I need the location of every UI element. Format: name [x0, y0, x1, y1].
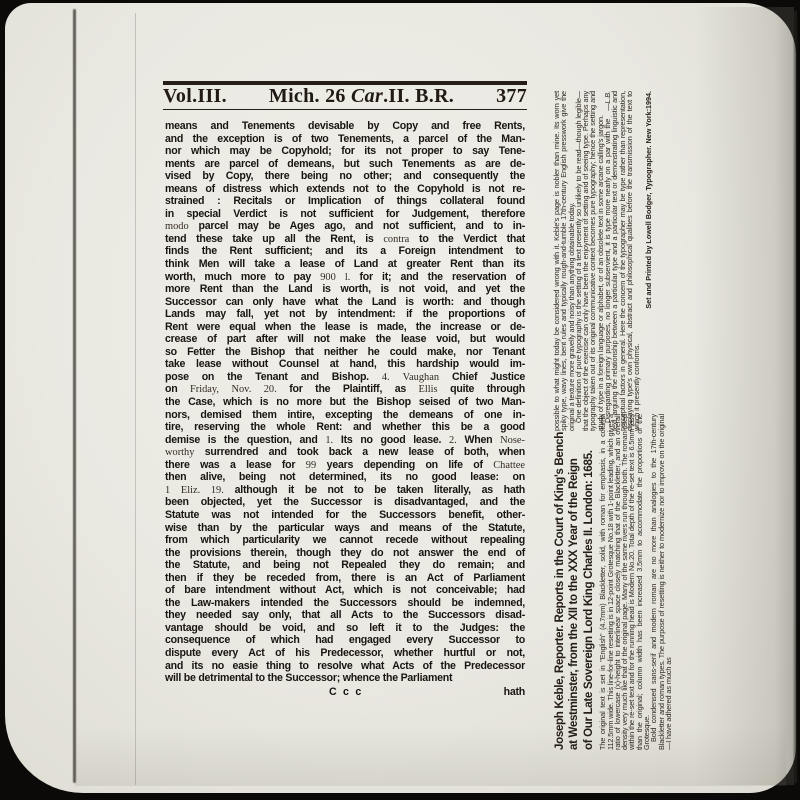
- roman-emphasis: Vaughan: [403, 372, 439, 383]
- text-line: more Rent than the Land is worth, is not…: [165, 283, 525, 296]
- sidebar-commentary-block: possible to what might today be consider…: [553, 91, 681, 431]
- text-line: 1 Eliz. 19. although it be not to be tak…: [165, 484, 525, 497]
- text-line: from which particularity we cannot reced…: [165, 534, 525, 547]
- text-line: been objected, yet the Successor is disa…: [165, 496, 525, 509]
- photographed-page: Vol.III. Mich. 26 Car.II. B.R. 377 means…: [0, 0, 800, 800]
- term-regnal-italic: Car: [351, 85, 383, 107]
- text-line: consequence of which had engaged every S…: [165, 634, 525, 647]
- roman-emphasis: 1.: [325, 435, 333, 446]
- page-right-edge-shadow: [794, 11, 797, 783]
- sidebar-commentary: possible to what might today be consider…: [553, 91, 641, 431]
- text-line: nor which may be Copyhold; for its not p…: [165, 145, 525, 158]
- roman-emphasis: worthy: [165, 447, 194, 458]
- text-line: strained : Recitals or Implication of th…: [165, 195, 525, 208]
- page-right-shading: [695, 7, 794, 785]
- commentary-paragraph: possible to what might today be consider…: [553, 91, 575, 431]
- text-line: the provisions therein, though they do n…: [165, 547, 525, 560]
- page-number: 377: [496, 85, 527, 108]
- text-line: vised by Copy, there being no other; and…: [165, 170, 525, 183]
- roman-emphasis: Friday, Nov. 20.: [190, 384, 277, 395]
- note-paragraph: The original text is set in "English" (4…: [599, 414, 650, 750]
- text-line: then if they be receded from, there is a…: [165, 572, 525, 585]
- text-line: of bare intendment without Act, which is…: [165, 584, 525, 597]
- commentary-paragraph: One definition of pure typography is the…: [575, 91, 604, 431]
- roman-emphasis: 4.: [382, 372, 390, 383]
- text-line: and the exception is of two Tenements, a…: [165, 133, 525, 146]
- roman-emphasis: 2.: [449, 435, 457, 446]
- text-line: pose on the Tenant and Bishop. 4. Vaugha…: [165, 371, 525, 384]
- text-line: means and Tenements devisable by Copy an…: [165, 120, 525, 133]
- volume-label: Vol.III.: [163, 85, 227, 108]
- roman-emphasis: 1 Eliz. 19.: [165, 485, 224, 496]
- text-line: worth, much more to pay 900 l. for it; a…: [165, 271, 525, 284]
- colophon: Set and Printed by Lowell Bodger, Typogr…: [644, 91, 653, 431]
- roman-emphasis: 900 l.: [320, 272, 350, 283]
- roman-emphasis: Chattee: [493, 460, 525, 471]
- text-line: the Law-makers intended the Successors s…: [165, 597, 525, 610]
- text-line: worthy surrendred and took back a new le…: [165, 446, 525, 459]
- text-line: vantage should be void, and so left it t…: [165, 622, 525, 635]
- text-line: crease of part after will not make the l…: [165, 333, 525, 346]
- commentary-paragraph: —L.B.Disregarding primary purposes, no l…: [604, 91, 640, 431]
- roman-emphasis: contra: [383, 234, 409, 245]
- main-text: means and Tenements devisable by Copy an…: [165, 120, 525, 699]
- text-line: ments are parcel of demeans, but such Te…: [165, 158, 525, 171]
- roman-emphasis: 99: [306, 460, 316, 471]
- text-line: Successor can only have what the Land is…: [165, 296, 525, 309]
- text-line: the Statute, and being not Repealed they…: [165, 559, 525, 572]
- text-line: wise than by the particular ways and mea…: [165, 522, 525, 535]
- text-line: take lease without Counsel at hand, this…: [165, 358, 525, 371]
- text-line: in special Verdict is not sufficient for…: [165, 208, 525, 221]
- text-line: will be detrimental to the Successor; wh…: [165, 672, 525, 685]
- text-line: Rent were equal when the lease is made, …: [165, 321, 525, 334]
- text-line: tire, reserving the whole Rent: and whet…: [165, 421, 525, 434]
- note-paragraph: Bold condensed sans-serif and modern rom…: [650, 414, 672, 750]
- running-head: Vol.III. Mich. 26 Car.II. B.R. 377: [163, 85, 527, 108]
- paper-sheet: Vol.III. Mich. 26 Car.II. B.R. 377 means…: [5, 3, 796, 793]
- term-label: Mich. 26 Car.II. B.R.: [269, 85, 454, 108]
- text-line: the Case, which is no more but the Bisho…: [165, 396, 525, 409]
- running-head-thin-rule: [163, 109, 527, 110]
- text-line: think Men will take a lease of Land at g…: [165, 258, 525, 271]
- text-line: demise is the question, and 1. Its no go…: [165, 434, 525, 447]
- page-left-edge-shadow: [73, 9, 76, 783]
- text-line: so Fetter the Bishop that neither he cou…: [165, 346, 525, 359]
- roman-emphasis: Nose-: [500, 435, 525, 446]
- signature-mark: C c c: [165, 686, 525, 699]
- text-line: finds the Rent sufficient; and its a For…: [165, 245, 525, 258]
- text-line: on Friday, Nov. 20. for the Plaintiff, a…: [165, 383, 525, 396]
- roman-emphasis: Ellis: [419, 384, 438, 395]
- text-line: and its no easie thing to resolve what A…: [165, 660, 525, 673]
- text-line: Statute was not intended for the Success…: [165, 509, 525, 522]
- text-line: then alive, being not determined, its no…: [165, 471, 525, 484]
- text-line: there was a lease for 99 years depending…: [165, 459, 525, 472]
- roman-emphasis: modo: [165, 221, 189, 232]
- page-left-crease: [135, 13, 136, 785]
- text-line: Lands may fall, yet not by intendment: i…: [165, 308, 525, 321]
- text-line: means of distress which extends not to t…: [165, 183, 525, 196]
- sidebar-typographic-note: The original text is set in "English" (4…: [599, 414, 672, 750]
- text-line: modo parcel may be Ages ago, and not suf…: [165, 220, 525, 233]
- catchword: hath: [504, 686, 525, 699]
- text-line: nors, demised them intire, excepting the…: [165, 409, 525, 422]
- text-line: tend these take up all the Rent, is cont…: [165, 233, 525, 246]
- author-initials: —L.B.: [604, 91, 611, 119]
- text-line: they needed say only, that all Acts to t…: [165, 609, 525, 622]
- text-line: dispute every Act of his Predecessor, wh…: [165, 647, 525, 660]
